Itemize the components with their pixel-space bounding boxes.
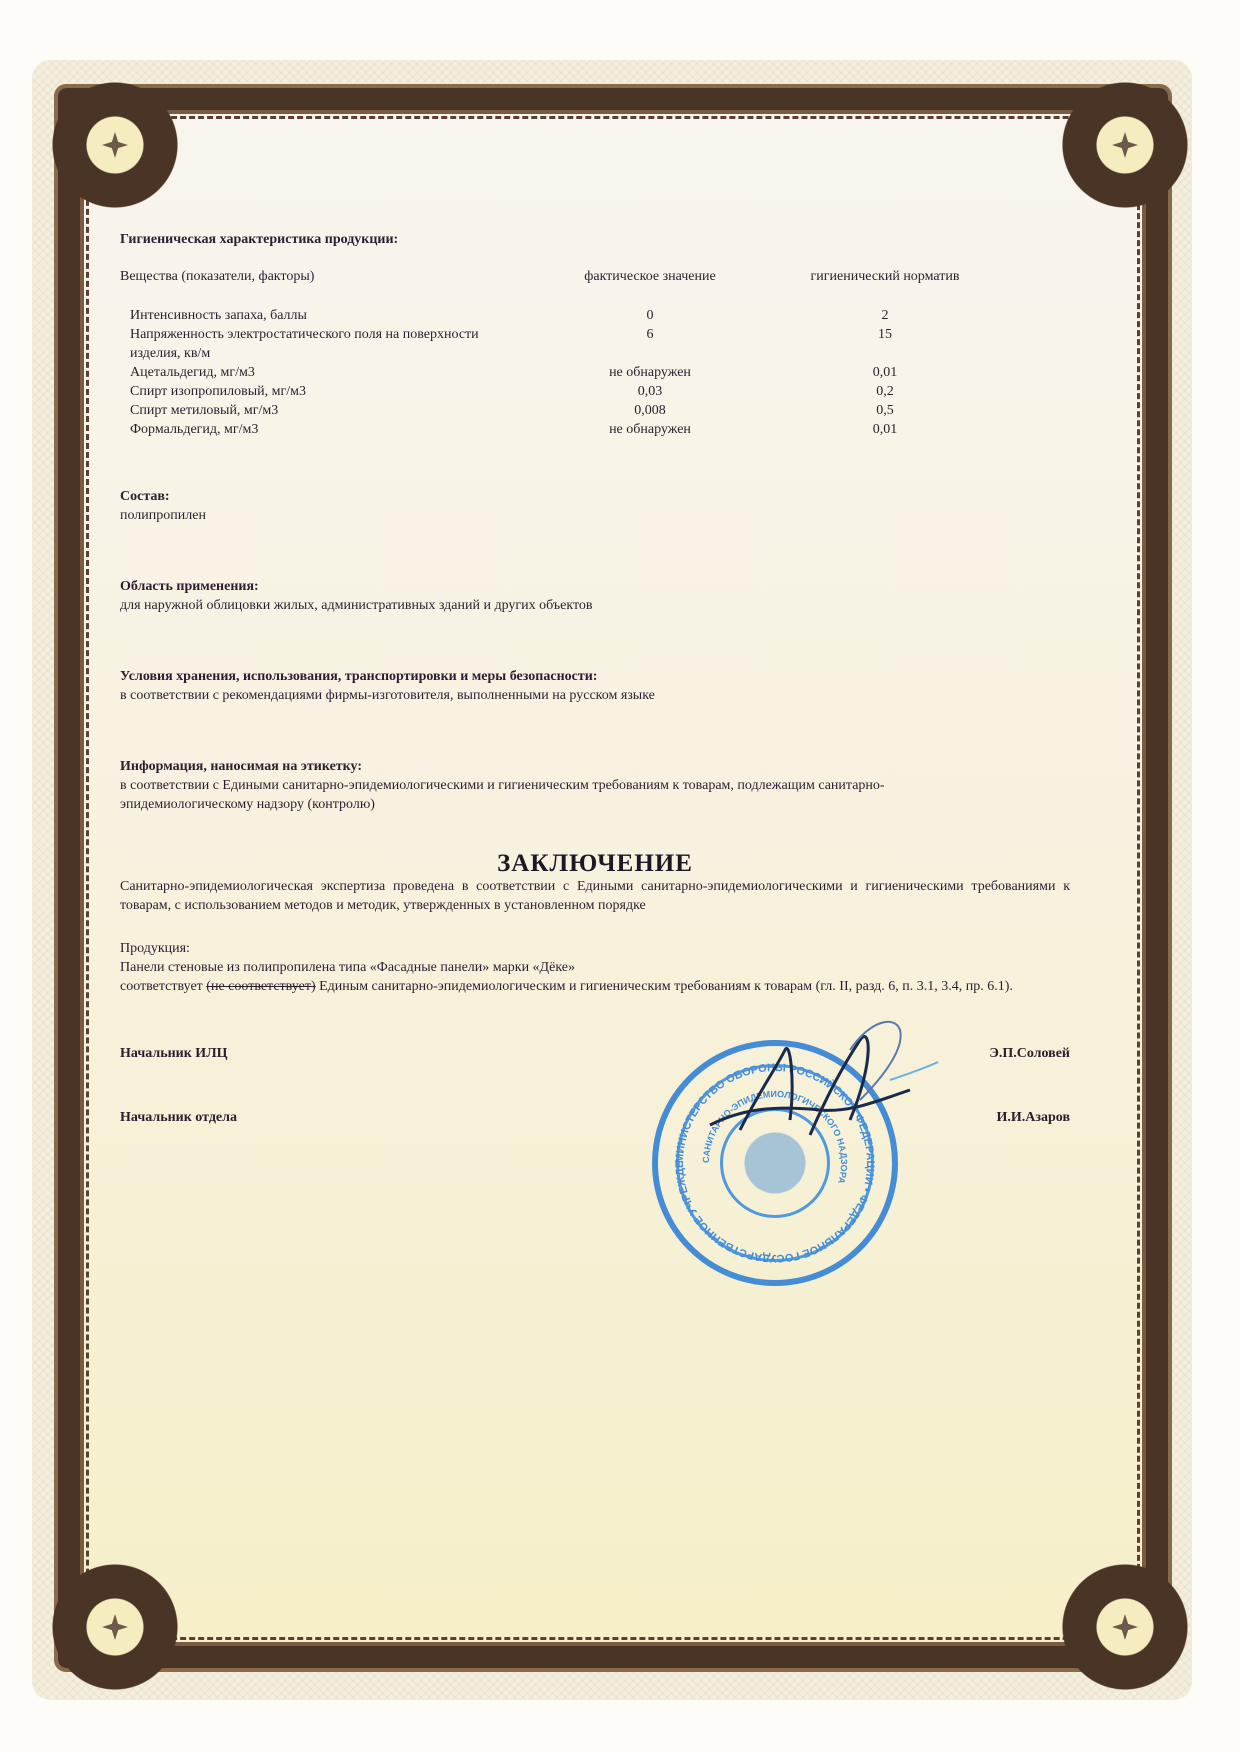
table-row: Ацетальдегид, мг/м3не обнаружен0,01 <box>120 363 1000 382</box>
column-header: Вещества (показатели, факторы) <box>120 267 530 306</box>
corner-ornament-icon <box>1050 1552 1200 1702</box>
actual-value: не обнаружен <box>530 420 770 439</box>
application-section: Область применения: для наружной облицов… <box>120 577 1070 615</box>
product-label: Продукция: <box>120 939 1070 958</box>
substance-name: Формальдегид, мг/м3 <box>120 420 530 439</box>
norm-value: 0,5 <box>770 401 1000 420</box>
corner-ornament-icon <box>40 1552 190 1702</box>
handwritten-signature-icon <box>700 1010 940 1160</box>
table-row: Спирт изопропиловый, мг/м30,030,2 <box>120 382 1000 401</box>
substance-name: Напряженность электростатического поля н… <box>120 325 530 363</box>
composition-text: полипропилен <box>120 506 1070 525</box>
conclusion-text: Санитарно-эпидемиологическая экспертиза … <box>120 877 1070 915</box>
norm-value: 0,01 <box>770 420 1000 439</box>
complies-text: соответствует <box>120 979 203 994</box>
norm-value: 0,2 <box>770 382 1000 401</box>
application-text: для наружной облицовки жилых, администра… <box>120 596 1070 615</box>
label-info-heading: Информация, наносимая на этикетку: <box>120 757 1070 776</box>
actual-value: 0 <box>530 306 770 325</box>
signatory-name: И.И.Азаров <box>996 1108 1070 1127</box>
hygiene-table: Вещества (показатели, факторы) фактическ… <box>120 267 1000 439</box>
signatory-name: Э.П.Соловей <box>989 1044 1070 1063</box>
compliance-statement: соответствует (не соответствует) Единым … <box>120 977 1070 996</box>
storage-section: Условия хранения, использования, транспо… <box>120 667 1070 705</box>
label-info-text: в соответствии с Едиными санитарно-эпиде… <box>120 776 980 814</box>
corner-ornament-icon <box>1050 70 1200 220</box>
conclusion-title: ЗАКЛЮЧЕНИЕ <box>120 854 1070 873</box>
table-row: Напряженность электростатического поля н… <box>120 325 1000 363</box>
hygiene-heading: Гигиеническая характеристика продукции: <box>120 230 1070 249</box>
table-row: Интенсивность запаха, баллы02 <box>120 306 1000 325</box>
document-body: Гигиеническая характеристика продукции: … <box>120 230 1070 1128</box>
signatory-role: Начальник ИЛЦ <box>120 1044 228 1063</box>
signatory-role: Начальник отдела <box>120 1108 237 1127</box>
storage-text: в соответствии с рекомендациями фирмы-из… <box>120 686 1070 705</box>
corner-ornament-icon <box>40 70 190 220</box>
actual-value: не обнаружен <box>530 363 770 382</box>
substance-name: Интенсивность запаха, баллы <box>120 306 530 325</box>
actual-value: 0,03 <box>530 382 770 401</box>
composition-section: Состав: полипропилен <box>120 487 1070 525</box>
label-info-section: Информация, наносимая на этикетку: в соо… <box>120 757 1070 814</box>
compliance-rest: Единым санитарно-эпидемиологическим и ги… <box>319 979 1013 994</box>
not-complies-struck: (не соответствует) <box>206 979 315 994</box>
composition-heading: Состав: <box>120 487 1070 506</box>
actual-value: 0,008 <box>530 401 770 420</box>
actual-value: 6 <box>530 325 770 363</box>
norm-value: 2 <box>770 306 1000 325</box>
norm-value: 0,01 <box>770 363 1000 382</box>
substance-name: Спирт изопропиловый, мг/м3 <box>120 382 530 401</box>
substance-name: Спирт метиловый, мг/м3 <box>120 401 530 420</box>
storage-heading: Условия хранения, использования, транспо… <box>120 667 1070 686</box>
table-row: Спирт метиловый, мг/м30,0080,5 <box>120 401 1000 420</box>
norm-value: 15 <box>770 325 1000 363</box>
table-row: Формальдегид, мг/м3не обнаружен0,01 <box>120 420 1000 439</box>
substance-name: Ацетальдегид, мг/м3 <box>120 363 530 382</box>
application-heading: Область применения: <box>120 577 1070 596</box>
product-name: Панели стеновые из полипропилена типа «Ф… <box>120 958 1070 977</box>
column-header: фактическое значение <box>530 267 770 306</box>
column-header: гигиенический норматив <box>770 267 1000 306</box>
